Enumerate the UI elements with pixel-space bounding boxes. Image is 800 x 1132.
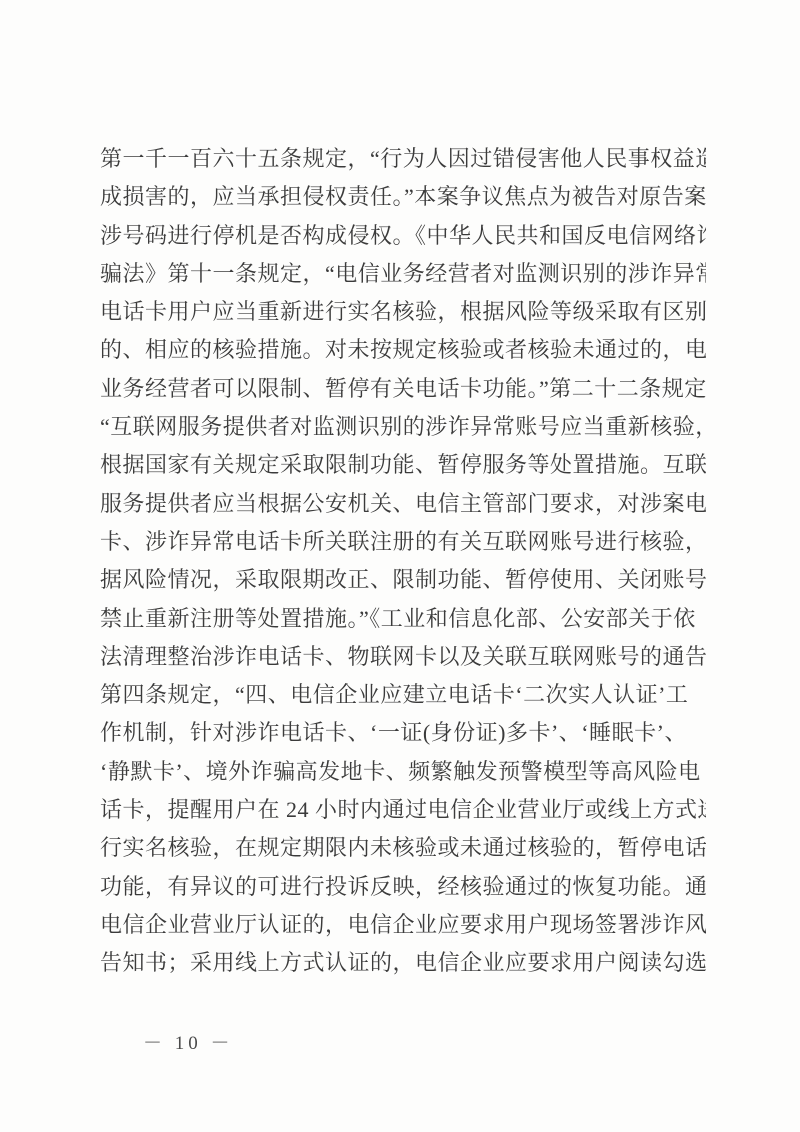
text-line: 行实名核验，在规定期限内未核验或未通过核验的，暂停电话卡 <box>100 829 706 867</box>
text-line: 服务提供者应当根据公安机关、电信主管部门要求，对涉案电话 <box>100 485 706 523</box>
text-line: 卡、涉诈异常电话卡所关联注册的有关互联网账号进行核验，根 <box>100 523 706 561</box>
text-line: 法清理整治涉诈电话卡、物联网卡以及关联互联网账号的通告》 <box>100 638 706 676</box>
text-line: 禁止重新注册等处置措施。”《工业和信息化部、公安部关于依 <box>100 600 706 638</box>
text-line: ‘静默卡’、境外诈骗高发地卡、频繁触发预警模型等高风险电 <box>100 753 706 791</box>
text-line: 告知书；采用线上方式认证的，电信企业应要求用户阅读勾选涉 <box>100 944 706 982</box>
text-line: 第一千一百六十五条规定，“行为人因过错侵害他人民事权益造 <box>100 140 706 178</box>
text-line: 的、相应的核验措施。对未按规定核验或者核验未通过的，电信 <box>100 331 706 369</box>
text-line: 第四条规定，“四、电信企业应建立电话卡‘二次实人认证’工 <box>100 676 706 714</box>
text-line: “互联网服务提供者对监测识别的涉诈异常账号应当重新核验， <box>100 408 706 446</box>
text-line: 涉号码进行停机是否构成侵权。《中华人民共和国反电信网络诈 <box>100 217 706 255</box>
text-line: 话卡，提醒用户在 24 小时内通过电信企业营业厅或线上方式进 <box>100 791 706 829</box>
text-line: 据风险情况，采取限期改正、限制功能、暂停使用、关闭账号、 <box>100 561 706 599</box>
document-page: 第一千一百六十五条规定，“行为人因过错侵害他人民事权益造 成损害的，应当承担侵权… <box>0 0 800 1132</box>
text-line: 骗法》第十一条规定，“电信业务经营者对监测识别的涉诈异常 <box>100 255 706 293</box>
text-line: 功能，有异议的可进行投诉反映，经核验通过的恢复功能。通过 <box>100 868 706 906</box>
text-line: 电话卡用户应当重新进行实名核验，根据风险等级采取有区别 <box>100 293 706 331</box>
text-line: 电信企业营业厅认证的，电信企业应要求用户现场签署涉诈风险 <box>100 906 706 944</box>
text-line: 成损害的，应当承担侵权责任。”本案争议焦点为被告对原告案 <box>100 178 706 216</box>
text-line: 根据国家有关规定采取限制功能、暂停服务等处置措施。互联网 <box>100 446 706 484</box>
text-line: 业务经营者可以限制、暂停有关电话卡功能。”第二十二条规定， <box>100 370 706 408</box>
body-text-block: 第一千一百六十五条规定，“行为人因过错侵害他人民事权益造 成损害的，应当承担侵权… <box>100 140 706 983</box>
page-number: － 10 － <box>143 1028 234 1055</box>
text-line: 作机制，针对涉诈电话卡、‘一证(身份证)多卡’、‘睡眠卡’、 <box>100 714 706 752</box>
